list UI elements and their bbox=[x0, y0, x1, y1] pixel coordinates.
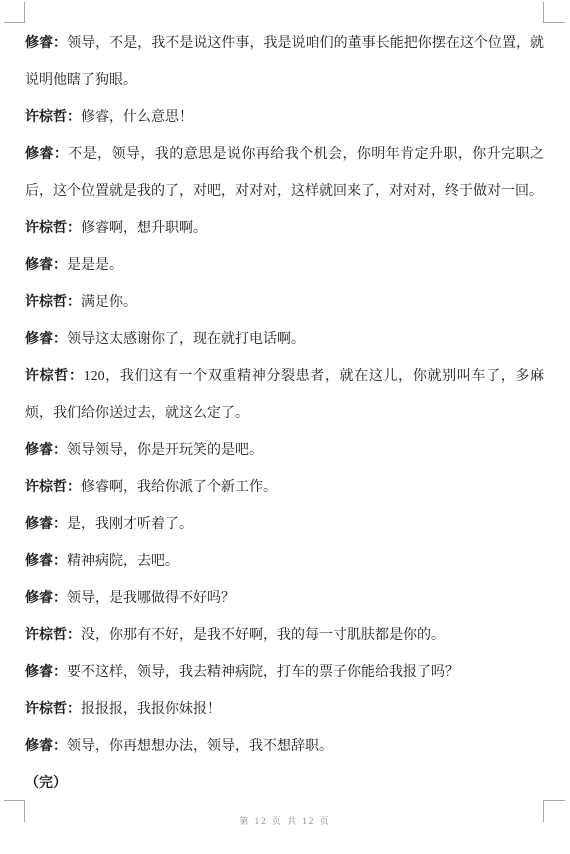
script-paragraph: 修睿：要不这样，领导，我去精神病院，打车的票子你能给我报了吗？ bbox=[25, 654, 544, 691]
speaker-name: 修睿： bbox=[25, 36, 67, 51]
dialogue-text: 领导这太感谢你了，现在就打电话啊。 bbox=[67, 332, 305, 347]
speaker-name: 许棕哲： bbox=[25, 295, 81, 310]
dialogue-text: 领导，你再想想办法，领导，我不想辞职。 bbox=[67, 739, 333, 754]
dialogue-text: 是，我刚才听着了。 bbox=[67, 517, 193, 532]
speaker-name: 修睿： bbox=[25, 258, 67, 273]
script-paragraph: 许棕哲：修睿，什么意思！ bbox=[25, 99, 544, 136]
dialogue-text: 不是，领导，我的意思是说你再给我个机会，你明年肯定升职，你升完职之后，这个位置就… bbox=[25, 147, 544, 199]
page-number-footer: 第 12 页 共 12 页 bbox=[0, 814, 570, 827]
dialogue-text: 满足你。 bbox=[81, 295, 137, 310]
speaker-name: 修睿： bbox=[25, 332, 67, 347]
dialogue-text: 修睿，什么意思！ bbox=[81, 110, 193, 125]
text-boundary-mark-top-left bbox=[4, 2, 25, 23]
script-paragraph: 许棕哲：修睿啊，想升职啊。 bbox=[25, 210, 544, 247]
script-paragraph: 修睿：是，我刚才听着了。 bbox=[25, 506, 544, 543]
speaker-name: （完） bbox=[25, 776, 67, 791]
speaker-name: 许棕哲： bbox=[25, 480, 81, 495]
script-paragraph: 许棕哲：修睿啊，我给你派了个新工作。 bbox=[25, 469, 544, 506]
speaker-name: 修睿： bbox=[25, 443, 67, 458]
speaker-name: 许棕哲： bbox=[25, 110, 81, 125]
speaker-name: 修睿： bbox=[25, 517, 67, 532]
dialogue-text: 报报报，我报你妹报！ bbox=[81, 702, 221, 717]
script-paragraph: 许棕哲：满足你。 bbox=[25, 284, 544, 321]
speaker-name: 许棕哲： bbox=[25, 221, 81, 236]
dialogue-text: 领导，是我哪做得不好吗？ bbox=[67, 591, 235, 606]
script-paragraph: 修睿：领导，不是，我不是说这件事，我是说咱们的董事长能把你摆在这个位置，就说明他… bbox=[25, 25, 544, 99]
script-paragraph: 许棕哲：没，你那有不好，是我不好啊，我的每一寸肌肤都是你的。 bbox=[25, 617, 544, 654]
text-boundary-mark-top-right bbox=[543, 2, 565, 23]
speaker-name: 修睿： bbox=[25, 591, 67, 606]
script-paragraph: 修睿：领导，你再想想办法，领导，我不想辞职。 bbox=[25, 728, 544, 765]
script-paragraph: 许棕哲：报报报，我报你妹报！ bbox=[25, 691, 544, 728]
script-paragraph: 修睿：是是是。 bbox=[25, 247, 544, 284]
dialogue-text: 120，我们这有一个双重精神分裂患者，就在这儿，你就别叫车了，多麻烦，我们给你送… bbox=[25, 369, 544, 421]
dialogue-text: 修睿啊，我给你派了个新工作。 bbox=[81, 480, 277, 495]
script-paragraph: 修睿：领导这太感谢你了，现在就打电话啊。 bbox=[25, 321, 544, 358]
document-page: 修睿：领导，不是，我不是说这件事，我是说咱们的董事长能把你摆在这个位置，就说明他… bbox=[0, 0, 570, 854]
script-paragraph: 修睿：不是，领导，我的意思是说你再给我个机会，你明年肯定升职，你升完职之后，这个… bbox=[25, 136, 544, 210]
dialogue-text: 要不这样，领导，我去精神病院，打车的票子你能给我报了吗？ bbox=[67, 665, 459, 680]
dialogue-text: 领导领导，你是开玩笑的是吧。 bbox=[67, 443, 263, 458]
speaker-name: 修睿： bbox=[25, 739, 67, 754]
speaker-name: 修睿： bbox=[25, 665, 67, 680]
speaker-name: 许棕哲： bbox=[25, 702, 81, 717]
script-paragraph: 修睿：领导，是我哪做得不好吗？ bbox=[25, 580, 544, 617]
script-paragraph: 修睿：精神病院，去吧。 bbox=[25, 543, 544, 580]
dialogue-text: 领导，不是，我不是说这件事，我是说咱们的董事长能把你摆在这个位置，就说明他瞎了狗… bbox=[25, 36, 544, 88]
speaker-name: 修睿： bbox=[25, 147, 68, 162]
dialogue-text: 修睿啊，想升职啊。 bbox=[81, 221, 207, 236]
dialogue-text: 是是是。 bbox=[67, 258, 123, 273]
speaker-name: 许棕哲： bbox=[25, 628, 81, 643]
speaker-name: 修睿： bbox=[25, 554, 67, 569]
script-paragraph: 修睿：领导领导，你是开玩笑的是吧。 bbox=[25, 432, 544, 469]
script-paragraph: （完） bbox=[25, 765, 544, 802]
dialogue-text: 精神病院，去吧。 bbox=[67, 554, 179, 569]
script-body: 修睿：领导，不是，我不是说这件事，我是说咱们的董事长能把你摆在这个位置，就说明他… bbox=[25, 25, 544, 802]
script-paragraph: 许棕哲：120，我们这有一个双重精神分裂患者，就在这儿，你就别叫车了，多麻烦，我… bbox=[25, 358, 544, 432]
dialogue-text: 没，你那有不好，是我不好啊，我的每一寸肌肤都是你的。 bbox=[81, 628, 445, 643]
speaker-name: 许棕哲： bbox=[25, 369, 84, 384]
